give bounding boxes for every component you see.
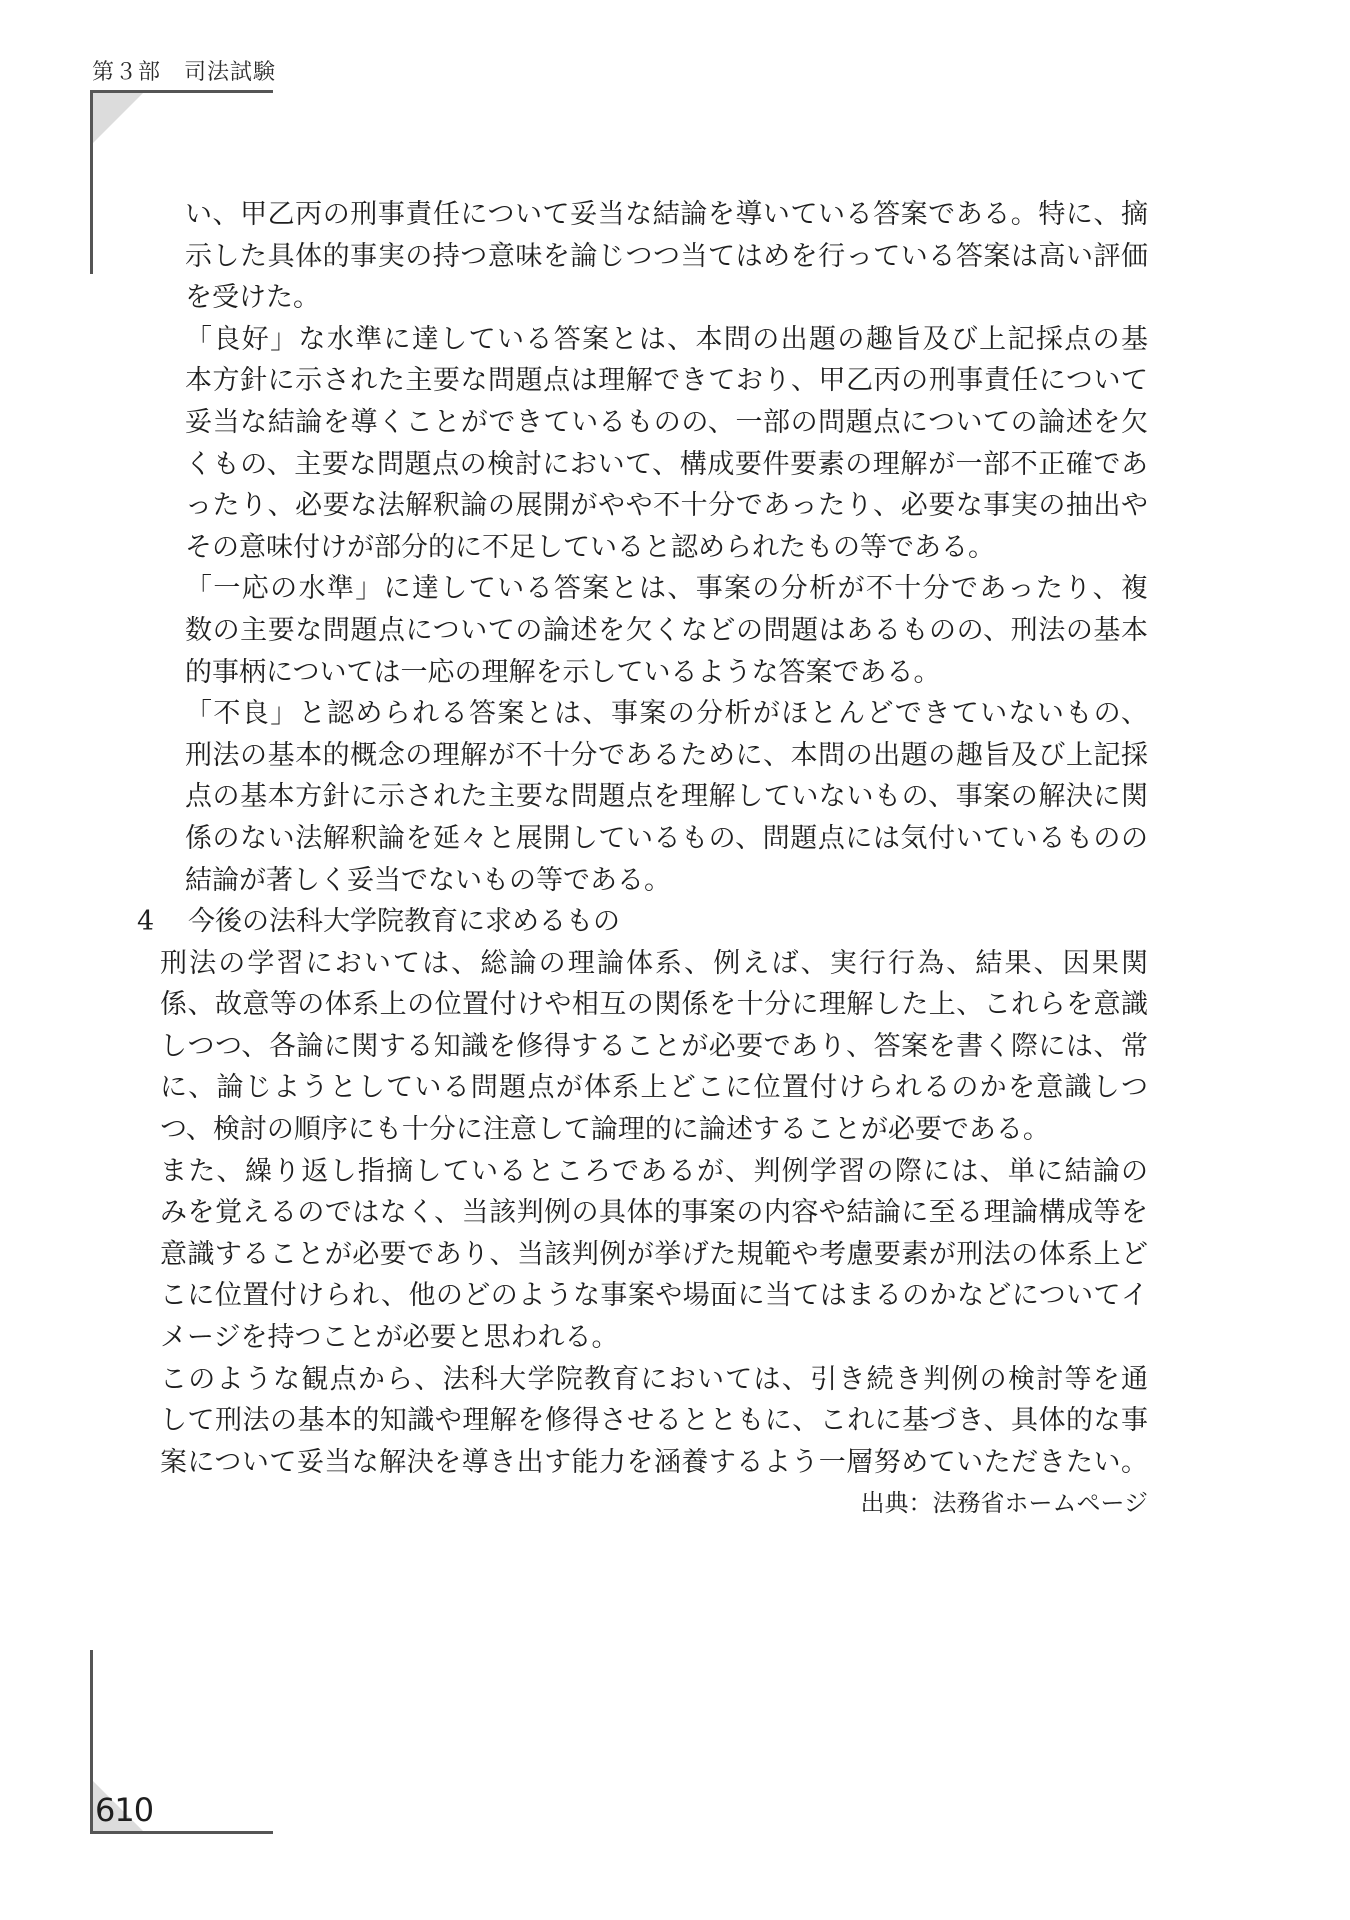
paragraph-law-school-request: このような観点から、法科大学院教育においては、引き続き判例の検討等を通 して刑法… xyxy=(0,1359,1350,1484)
running-head: 第３部 司法試験 xyxy=(92,55,276,86)
page-number: 610 xyxy=(95,1794,153,1826)
text-line: 「不良」と認められる答案とは、事案の分析がほとんどできていないもの、 xyxy=(185,693,1148,735)
text-line: また、繰り返し指摘しているところであるが、判例学習の際には、単に結論の xyxy=(160,1151,1148,1193)
text-line: その意味付けが部分的に不足していると認められたもの等である。 xyxy=(185,527,1148,569)
text-line: このような観点から、法科大学院教育においては、引き続き判例の検討等を通 xyxy=(160,1359,1148,1401)
text-line: ったり、必要な法解釈論の展開がやや不十分であったり、必要な事実の抽出や xyxy=(185,485,1148,527)
text-line: こに位置付けられ、他のどのような事案や場面に当てはまるのかなどについてイ xyxy=(160,1275,1148,1317)
paragraph-evaluation-excellent-continued: い、甲乙丙の刑事責任について妥当な結論を導いている答案である。特に、摘 示した具… xyxy=(0,194,1350,319)
section-number: 4 xyxy=(137,901,188,943)
page-body: い、甲乙丙の刑事責任について妥当な結論を導いている答案である。特に、摘 示した具… xyxy=(0,194,1350,1525)
paragraph-case-law-study: また、繰り返し指摘しているところであるが、判例学習の際には、単に結論の みを覚え… xyxy=(0,1151,1350,1359)
text-line: 妥当な結論を導くことができているものの、一部の問題点についての論述を欠 xyxy=(185,402,1148,444)
text-line: くもの、主要な問題点の検討において、構成要件要素の理解が一部不正確であ xyxy=(185,444,1148,486)
text-line: みを覚えるのではなく、当該判例の具体的事案の内容や結論に至る理論構成等を xyxy=(160,1192,1148,1234)
text-line: メージを持つことが必要と思われる。 xyxy=(160,1317,1148,1359)
section-title: 今後の法科大学院教育に求めるもの xyxy=(188,906,620,937)
text-line: 数の主要な問題点についての論述を欠くなどの問題はあるものの、刑法の基本 xyxy=(185,610,1148,652)
text-line: い、甲乙丙の刑事責任について妥当な結論を導いている答案である。特に、摘 xyxy=(185,194,1148,236)
text-line: しつつ、各論に関する知識を修得することが必要であり、答案を書く際には、常 xyxy=(160,1026,1148,1068)
text-line: 「良好」な水準に達している答案とは、本問の出題の趣旨及び上記採点の基 xyxy=(185,319,1148,361)
source-citation: 出典：法務省ホームページ xyxy=(0,1483,1148,1525)
text-line: して刑法の基本的知識や理解を修得させるとともに、これに基づき、具体的な事 xyxy=(160,1400,1148,1442)
text-line: 刑法の基本的概念の理解が不十分であるために、本問の出題の趣旨及び上記採 xyxy=(185,735,1148,777)
text-line: 本方針に示された主要な問題点は理解できており、甲乙丙の刑事責任について xyxy=(185,360,1148,402)
text-line: 的事柄については一応の理解を示しているような答案である。 xyxy=(185,652,1148,694)
paragraph-evaluation-poor: 「不良」と認められる答案とは、事案の分析がほとんどできていないもの、 刑法の基本… xyxy=(0,693,1350,901)
paragraph-learning-criminal-law: 刑法の学習においては、総論の理論体系、例えば、実行行為、結果、因果関 係、故意等… xyxy=(0,943,1350,1151)
text-line: 係のない法解釈論を延々と展開しているもの、問題点には気付いているものの xyxy=(185,818,1148,860)
text-line: つ、検討の順序にも十分に注意して論理的に論述することが必要である。 xyxy=(160,1109,1148,1151)
text-line: に、論じようとしている問題点が体系上どこに位置付けられるのかを意識しつ xyxy=(160,1067,1148,1109)
text-line: 示した具体的事実の持つ意味を論じつつ当てはめを行っている答案は高い評価 xyxy=(185,236,1148,278)
text-line: 案について妥当な解決を導き出す能力を涵養するよう一層努めていただきたい。 xyxy=(160,1442,1148,1484)
corner-triangle-decoration-top xyxy=(93,93,143,143)
paragraph-evaluation-fair: 「一応の水準」に達している答案とは、事案の分析が不十分であったり、複 数の主要な… xyxy=(0,568,1350,693)
text-line: 結論が著しく妥当でないもの等である。 xyxy=(185,860,1148,902)
text-line: 点の基本方針に示された主要な問題点を理解していないもの、事案の解決に関 xyxy=(185,776,1148,818)
text-line: 意識することが必要であり、当該判例が挙げた規範や考慮要素が刑法の体系上ど xyxy=(160,1234,1148,1276)
text-line: 係、故意等の体系上の位置付けや相互の関係を十分に理解した上、これらを意識 xyxy=(160,984,1148,1026)
paragraph-evaluation-good: 「良好」な水準に達している答案とは、本問の出題の趣旨及び上記採点の基 本方針に示… xyxy=(0,319,1350,569)
text-line: 「一応の水準」に達している答案とは、事案の分析が不十分であったり、複 xyxy=(185,568,1148,610)
text-line: を受けた。 xyxy=(185,277,1148,319)
text-line: 刑法の学習においては、総論の理論体系、例えば、実行行為、結果、因果関 xyxy=(160,943,1148,985)
section-heading: 4今後の法科大学院教育に求めるもの xyxy=(0,901,1350,943)
